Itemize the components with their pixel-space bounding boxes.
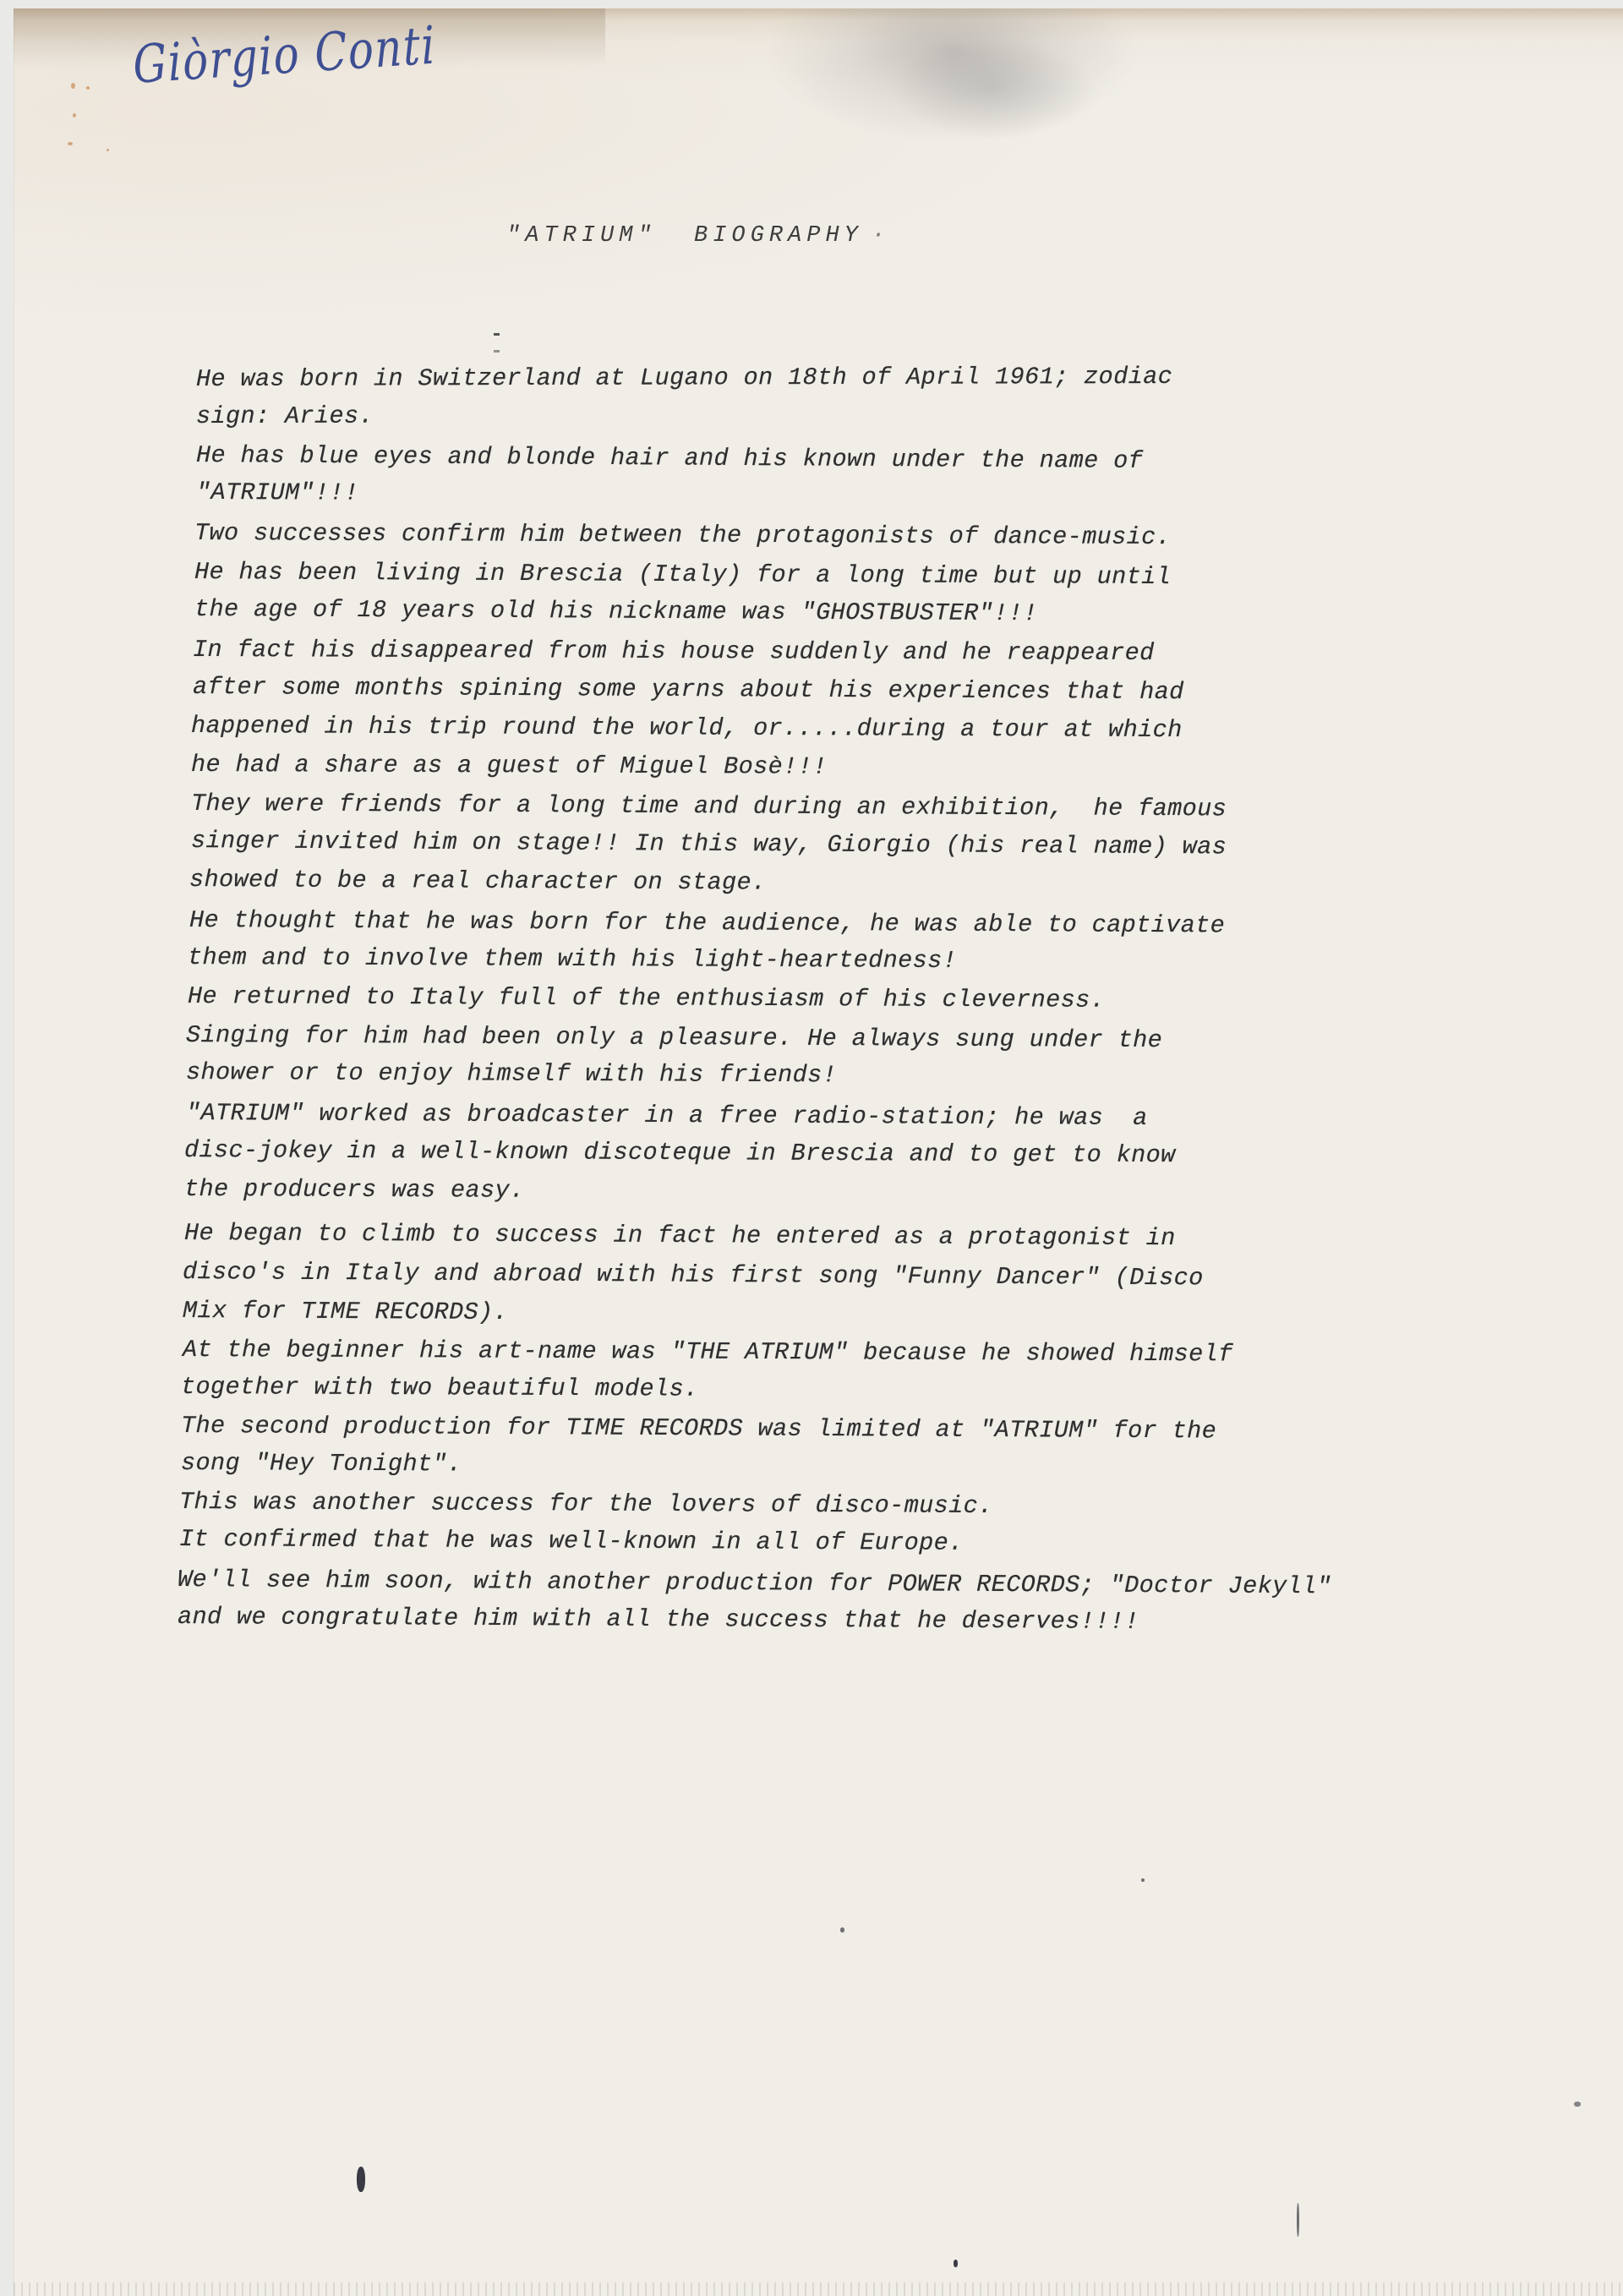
text-line: He has been living in Brescia (Italy) fo…	[194, 558, 1171, 591]
text-line: He was born in Switzerland at Lugano on …	[196, 363, 1172, 393]
text-line: They were friends for a long time and du…	[191, 790, 1227, 823]
text-line: "ATRIUM" worked as broadcaster in a free…	[186, 1099, 1148, 1132]
rust-spot	[86, 86, 90, 90]
text-line: song "Hey Tonight".	[181, 1449, 462, 1478]
title-text: "ATRIUM" BIOGRAPHY	[506, 223, 863, 249]
text-line: We'll see him soon, with another product…	[178, 1566, 1331, 1600]
text-line: disco's in Italy and abroad with his fir…	[183, 1258, 1204, 1292]
typewriter-mark	[494, 333, 500, 336]
scan-bottom-edge	[14, 2282, 1623, 2296]
text-line: He returned to Italy full of the enthusi…	[188, 982, 1105, 1014]
text-line: happened in his trip round the world, or…	[191, 712, 1183, 744]
ink-speck	[1141, 1878, 1145, 1882]
rust-spot	[68, 142, 73, 145]
text-line: after some months spining some yarns abo…	[193, 673, 1184, 706]
scanned-page: Giòrgio Conti "ATRIUM" BIOGRAPHY· He was…	[14, 8, 1623, 2296]
text-line: he had a share as a guest of Miguel Bosè…	[191, 751, 828, 781]
text-line: He began to climb to success in fact he …	[184, 1219, 1176, 1252]
ink-speck	[357, 2167, 365, 2192]
text-line: and we congratulate him with all the suc…	[178, 1603, 1139, 1636]
text-line: the producers was easy.	[184, 1175, 525, 1205]
text-line: The second production for TIME RECORDS w…	[181, 1412, 1216, 1445]
text-line: In fact his disappeared from his house s…	[193, 636, 1155, 667]
text-line: This was another success for the lovers …	[179, 1488, 993, 1520]
rust-spot	[71, 83, 75, 89]
text-line: At the beginner his art-name was "THE AT…	[183, 1336, 1233, 1368]
ink-speck	[954, 2260, 958, 2267]
text-line: He thought that he was born for the audi…	[189, 906, 1225, 939]
ink-speck	[1297, 2203, 1299, 2237]
typewriter-mark	[494, 350, 500, 353]
text-line: Mix for TIME RECORDS).	[183, 1297, 508, 1326]
title-trailing-mark: ·	[872, 223, 890, 249]
ink-speck	[1574, 2102, 1581, 2107]
rust-spot	[107, 149, 109, 151]
text-line: It confirmed that he was well-known in a…	[179, 1525, 964, 1557]
rust-spot	[73, 113, 76, 118]
text-line: together with two beautiful models.	[181, 1373, 699, 1403]
text-line: disc-jokey in a well-known discoteque in…	[184, 1136, 1176, 1169]
text-line: Singing for him had been only a pleasure…	[186, 1021, 1162, 1054]
ink-speck	[840, 1927, 844, 1932]
text-line: sign: Aries.	[196, 402, 374, 430]
document-title: "ATRIUM" BIOGRAPHY·	[506, 223, 890, 249]
text-line: Two successes confirm him between the pr…	[194, 519, 1171, 551]
text-line: them and to involve them with his light-…	[188, 943, 957, 975]
text-line: He has blue eyes and blonde hair and his…	[196, 441, 1143, 475]
text-line: shower or to enjoy himself with his frie…	[186, 1058, 837, 1089]
text-line: the age of 18 years old his nickname was…	[194, 595, 1038, 627]
text-line: "ATRIUM"!!!	[196, 478, 359, 507]
text-line: showed to be a real character on stage.	[189, 866, 767, 897]
text-line: singer invited him on stage!! In this wa…	[191, 827, 1227, 861]
